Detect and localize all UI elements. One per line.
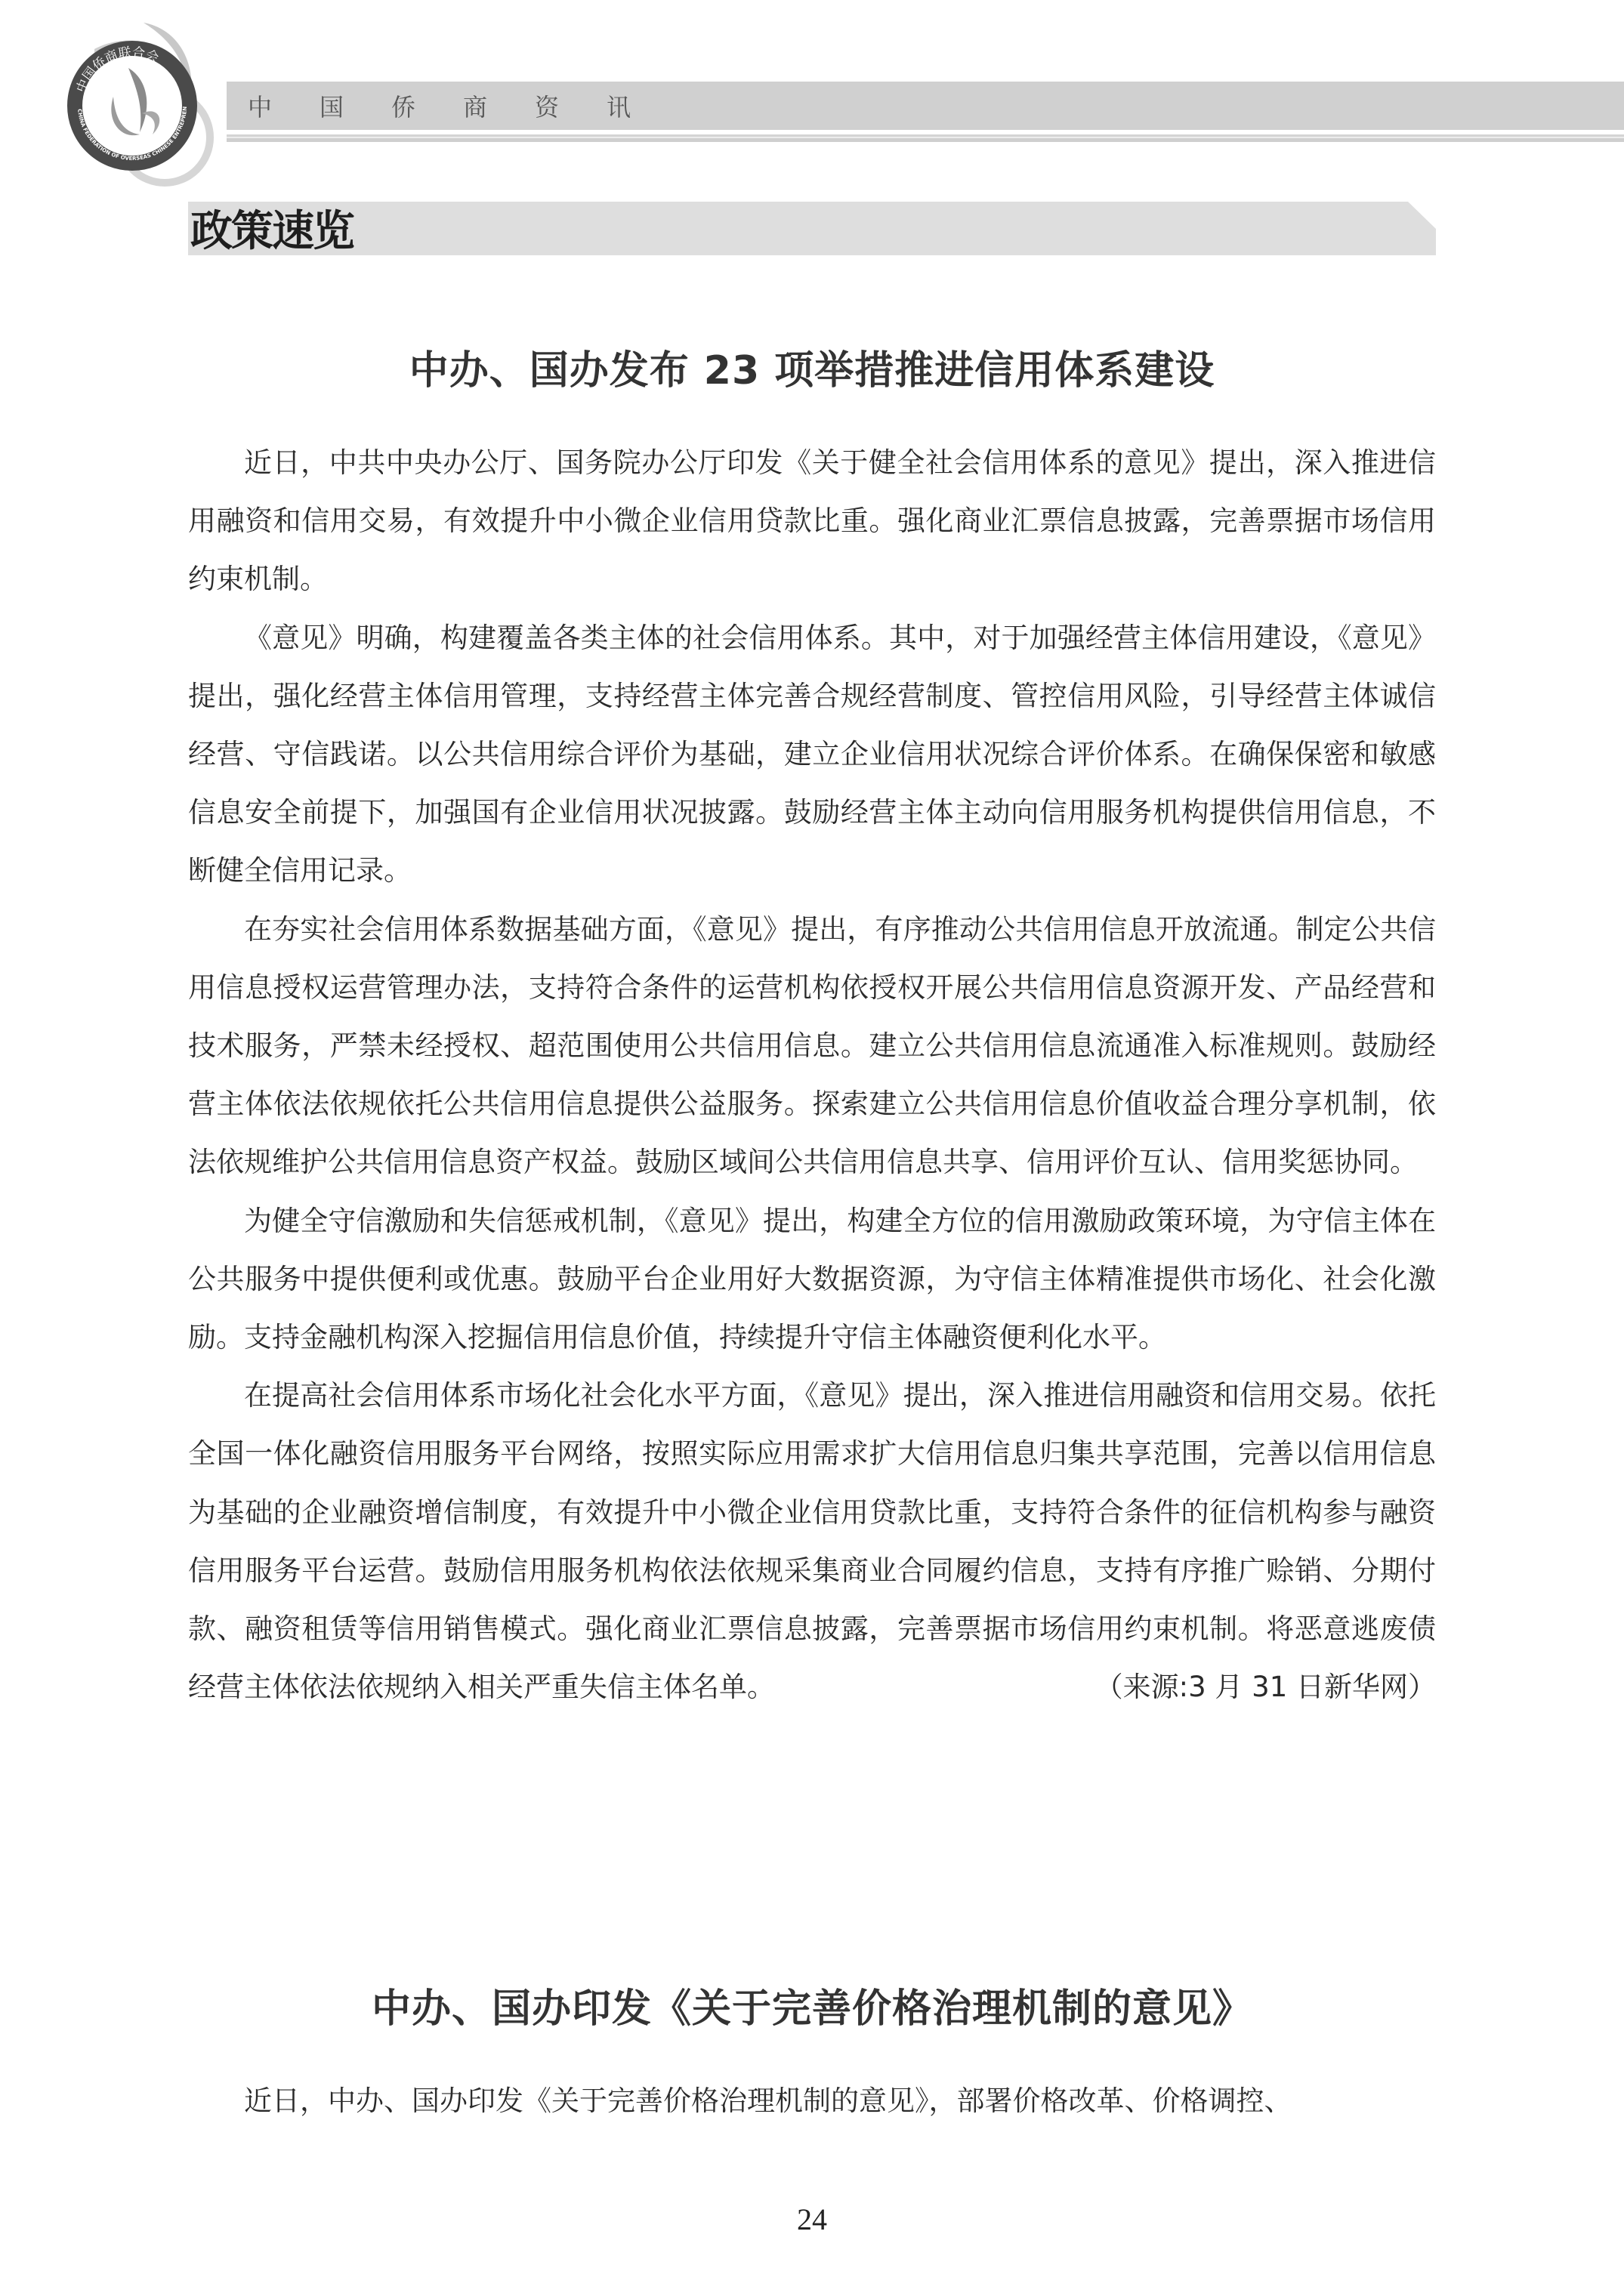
magazine-title-char: 资 [535,88,607,123]
magazine-title-char: 商 [463,88,535,123]
magazine-title-char: 国 [320,88,391,123]
article-paragraph: 为健全守信激励和失信惩戒机制，《意见》提出，构建全方位的信用激励政策环境，为守信… [188,1192,1436,1367]
magazine-title: 中 国 侨 商 资 讯 [248,82,678,130]
federation-logo-icon: 中国侨商联合会 CHINA FEDERATION OF OVERSEAS CHI… [53,8,242,189]
header-divider [227,134,1624,142]
magazine-title-char: 讯 [607,88,678,123]
article-body: 近日，中办、国办印发《关于完善价格治理机制的意见》，部署价格改革、价格调控、 [188,2072,1436,2130]
article-title: 中办、国办发布 23 项举措推进信用体系建设 [188,338,1436,395]
article-paragraph: 《意见》明确，构建覆盖各类主体的社会信用体系。其中，对于加强经营主体信用建设，《… [188,609,1436,900]
article-paragraph: 近日，中共中央办公厅、国务院办公厅印发《关于健全社会信用体系的意见》提出，深入推… [188,434,1436,609]
magazine-title-char: 中 [248,88,320,123]
article-paragraph: 在夯实社会信用体系数据基础方面，《意见》提出，有序推动公共信用信息开放流通。制定… [188,900,1436,1192]
article-title: 中办、国办印发《关于完善价格治理机制的意见》 [188,1977,1436,2033]
article-body: 近日，中共中央办公厅、国务院办公厅印发《关于健全社会信用体系的意见》提出，深入推… [188,434,1436,1716]
article-paragraph: 近日，中办、国办印发《关于完善价格治理机制的意见》，部署价格改革、价格调控、 [188,2072,1436,2130]
magazine-title-char: 侨 [391,88,463,123]
section-title: 政策速览 [190,199,354,257]
page-number: 24 [0,2202,1624,2237]
federation-logo: 中国侨商联合会 CHINA FEDERATION OF OVERSEAS CHI… [53,8,242,189]
section-banner [188,202,1436,257]
